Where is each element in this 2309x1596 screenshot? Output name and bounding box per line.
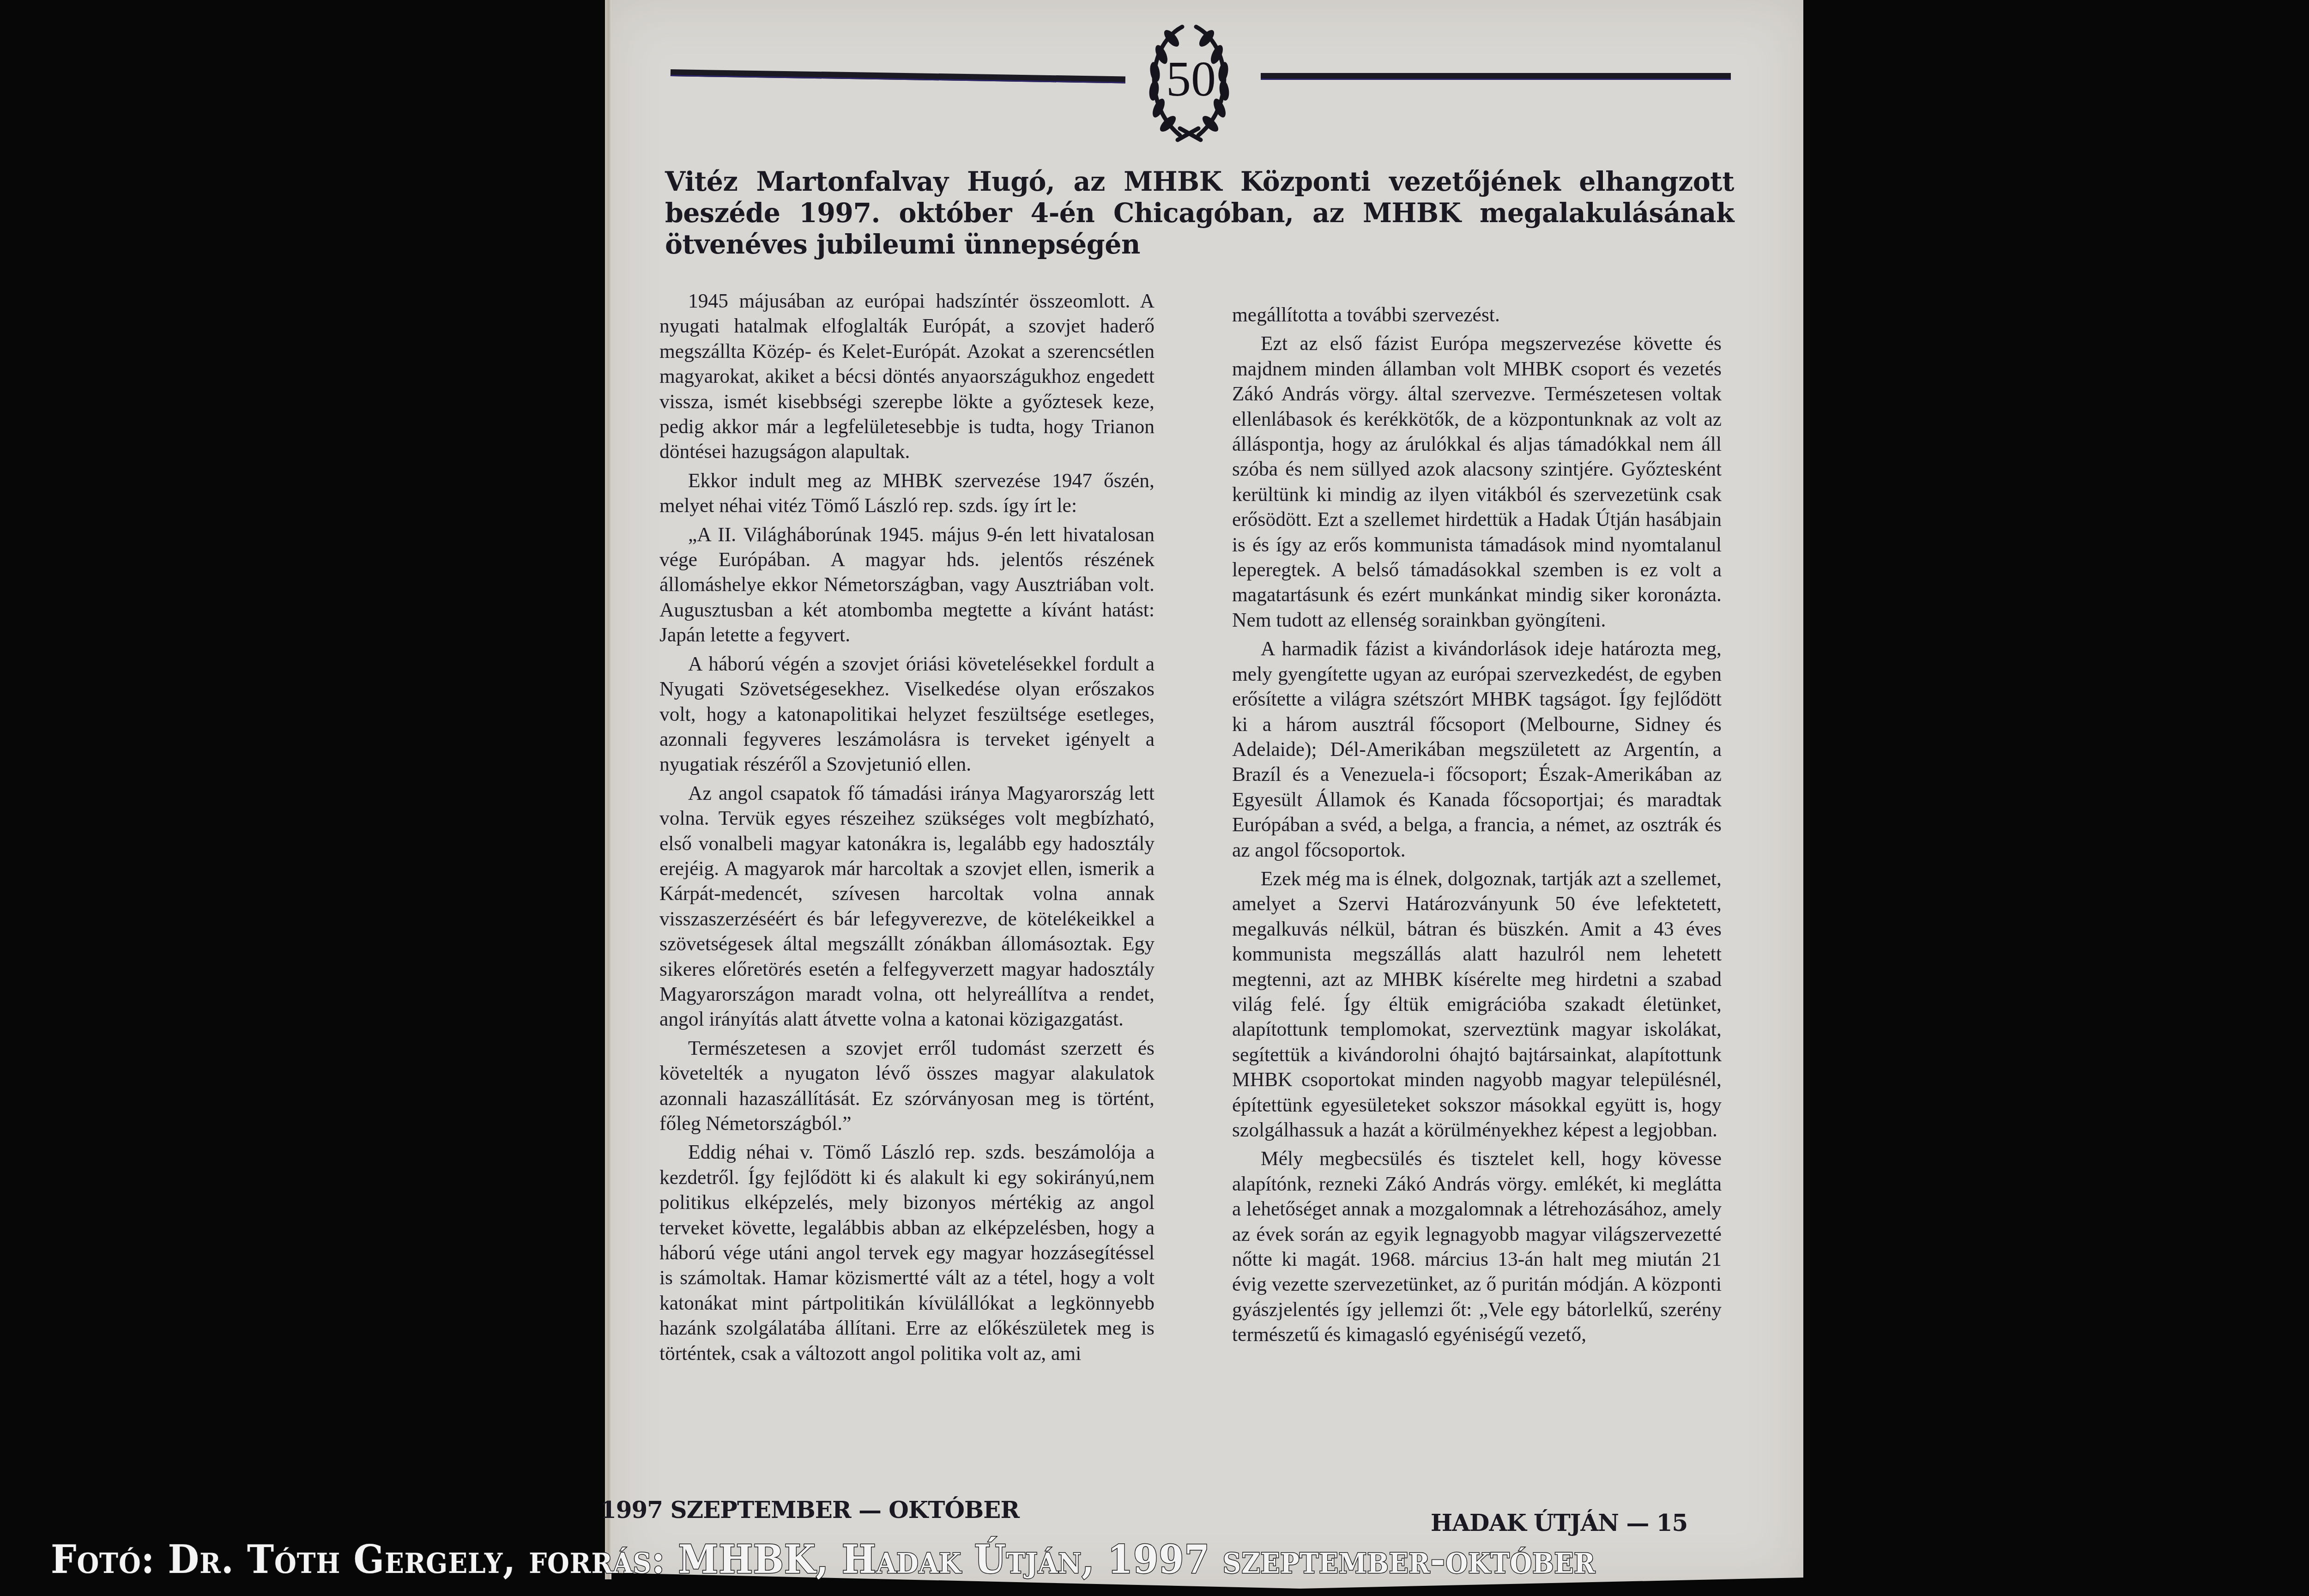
paragraph: Ezt az első fázist Európa megszervezése … [1232,331,1722,633]
page-number-footer: HADAK ÚTJÁN — 15 [1431,1509,1687,1536]
paragraph: Ezek még ma is élnek, dolgoznak, tartják… [1232,866,1722,1143]
paragraph: megállította a további szervezést. [1232,302,1722,327]
paragraph: Természetesen a szovjet erről tudomást s… [659,1036,1154,1137]
anniversary-number: 50 [1166,54,1212,104]
photo-credit-caption: Fotó: Dr. Tóth Gergely, forrás: MHBK, Ha… [51,1534,2185,1585]
paragraph: 1945 májusában az európai hadszíntér öss… [659,289,1154,465]
article-title: Vitéz Martonfalvay Hugó, az MHBK Központ… [665,166,1734,260]
paragraph: Ekkor indult meg az MHBK szervezése 1947… [659,468,1154,519]
paragraph: Az angol csapatok fő támadási iránya Mag… [659,781,1154,1032]
paragraph: A harmadik fázist a kivándorlások ideje … [1232,636,1722,863]
issue-date-footer: 1997 SZEPTEMBER — OKTÓBER [600,1496,1019,1523]
paragraph: „A II. Világháborúnak 1945. május 9-én l… [659,522,1154,648]
paragraph: Mély megbecsülés és tisztelet kell, hogy… [1232,1146,1722,1347]
paragraph: Eddig néhai v. Tömő László rep. szds. be… [659,1140,1154,1366]
header-rule-right [1261,73,1731,80]
article-column-left: 1945 májusában az európai hadszíntér öss… [659,289,1154,1370]
article-column-right: megállította a további szervezést. Ezt a… [1232,302,1722,1351]
page-spine-edge [605,0,611,1579]
paragraph: A háború végén a szovjet óriási követelé… [659,652,1154,777]
